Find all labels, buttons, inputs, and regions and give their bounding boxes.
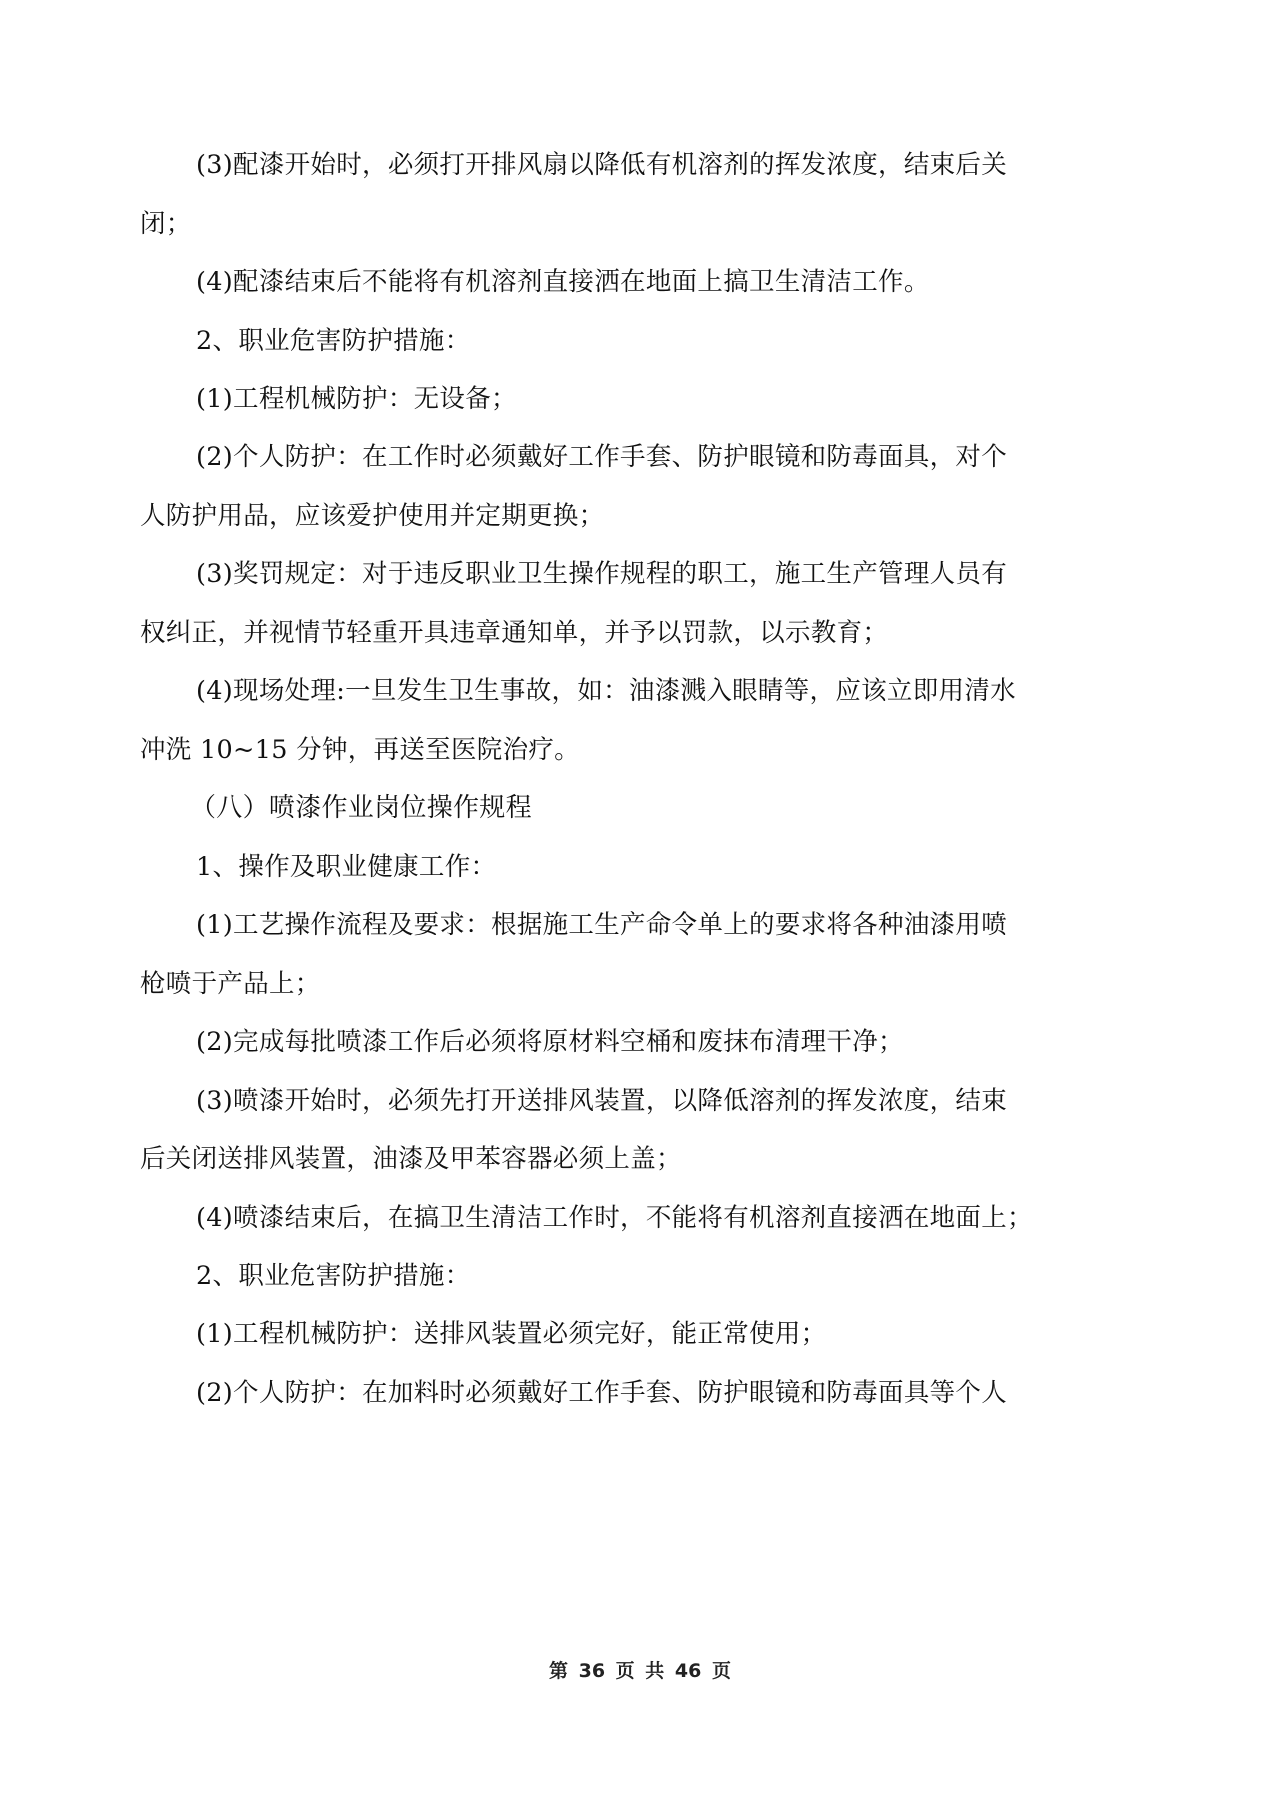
paragraph-line: (2)完成每批喷漆工作后必须将原材料空桶和废抹布清理干净； xyxy=(196,1026,1206,1058)
paragraph-line: (3)配漆开始时，必须打开排风扇以降低有机溶剂的挥发浓度，结束后关 xyxy=(196,149,1206,181)
section-heading: （八）喷漆作业岗位操作规程 xyxy=(190,792,1200,824)
paragraph-line: 枪喷于产品上； xyxy=(140,968,1150,1000)
paragraph-line: 人防护用品，应该爱护使用并定期更换； xyxy=(140,500,1150,532)
paragraph-line: (3)喷漆开始时，必须先打开送排风装置，以降低溶剂的挥发浓度，结束 xyxy=(196,1085,1206,1117)
paragraph-line: 闭； xyxy=(140,208,1150,240)
paragraph-line: 冲洗 10~15 分钟，再送至医院治疗。 xyxy=(140,734,1150,766)
paragraph-line: (4)现场处理:一旦发生卫生事故，如：油漆溅入眼睛等，应该立即用清水 xyxy=(196,675,1206,707)
paragraph-line: (2)个人防护：在加料时必须戴好工作手套、防护眼镜和防毒面具等个人 xyxy=(196,1377,1206,1409)
page-number-footer: 第 36 页 共 46 页 xyxy=(0,1656,1280,1683)
paragraph-line: 后关闭送排风装置，油漆及甲苯容器必须上盖； xyxy=(140,1143,1150,1175)
paragraph-line: (3)奖罚规定：对于违反职业卫生操作规程的职工，施工生产管理人员有 xyxy=(196,558,1206,590)
paragraph-line: (2)个人防护：在工作时必须戴好工作手套、防护眼镜和防毒面具，对个 xyxy=(196,441,1206,473)
paragraph-line: (4)喷漆结束后，在搞卫生清洁工作时，不能将有机溶剂直接洒在地面上； xyxy=(196,1202,1206,1234)
paragraph-line: (1)工程机械防护：送排风装置必须完好，能正常使用； xyxy=(196,1318,1206,1350)
paragraph-line: (4)配漆结束后不能将有机溶剂直接洒在地面上搞卫生清洁工作。 xyxy=(196,266,1206,298)
section-subheading: 2、职业危害防护措施： xyxy=(196,1260,1206,1292)
paragraph-line: (1)工程机械防护：无设备； xyxy=(196,383,1206,415)
section-subheading: 2、职业危害防护措施： xyxy=(196,325,1206,357)
document-page: (3)配漆开始时，必须打开排风扇以降低有机溶剂的挥发浓度，结束后关 闭； (4)… xyxy=(0,0,1280,1810)
paragraph-line: (1)工艺操作流程及要求：根据施工生产命令单上的要求将各种油漆用喷 xyxy=(196,909,1206,941)
section-subheading: 1、操作及职业健康工作： xyxy=(196,851,1206,883)
paragraph-line: 权纠正，并视情节轻重开具违章通知单，并予以罚款，以示教育； xyxy=(140,617,1150,649)
